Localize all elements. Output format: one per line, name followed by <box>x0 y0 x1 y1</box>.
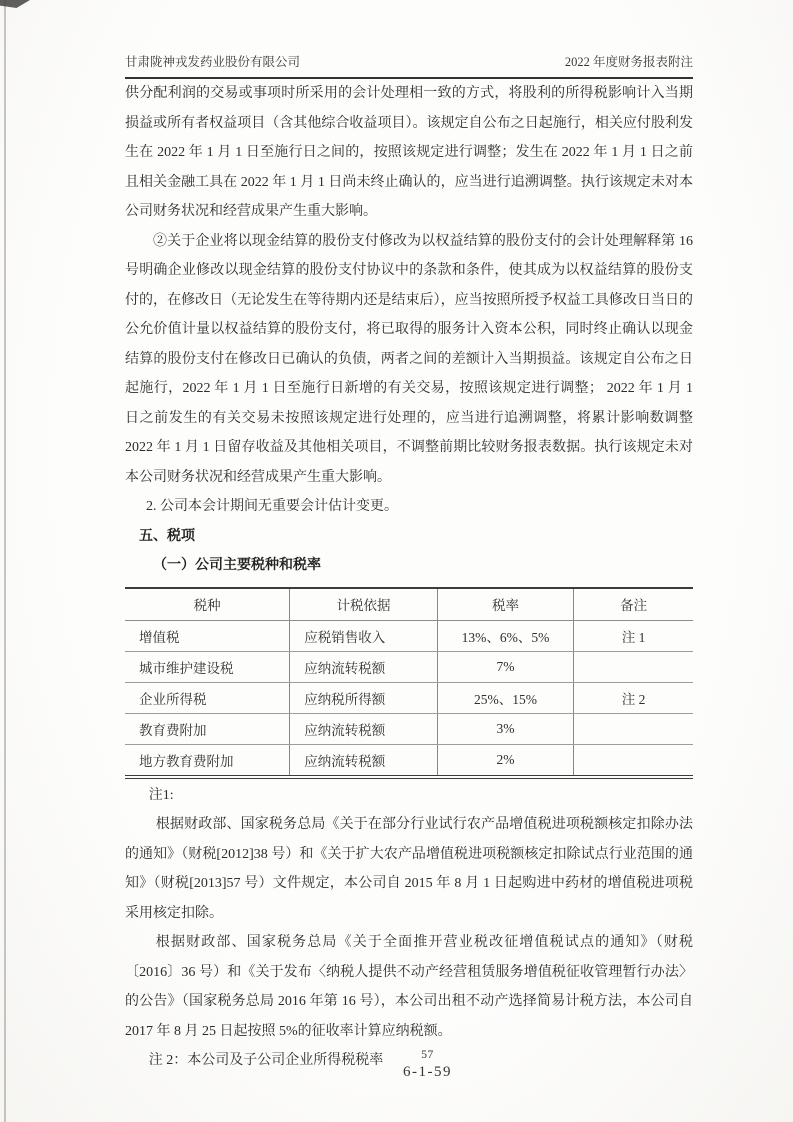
tax-rate-cell: 25%、15% <box>437 682 573 713</box>
tax-rate-cell: 13%、6%、5% <box>437 620 573 651</box>
page-number: 57 <box>62 1048 793 1062</box>
tax-basis-cell: 应纳流转税额 <box>290 651 438 682</box>
tax-basis-cell: 应税销售收入 <box>290 620 438 651</box>
table-row: 增值税 应税销售收入 13%、6%、5% 注 1 <box>125 620 693 651</box>
table-row: 城市维护建设税 应纳流转税额 7% <box>125 651 693 682</box>
note1-paragraph: 根据财政部、国家税务总局《关于在部分行业试行农产品增值税进项税额核定扣除办法的通… <box>125 810 693 928</box>
document-header: 甘肃陇神戎发药业股份有限公司 2022 年度财务报表附注 <box>125 52 693 79</box>
paragraph-dividend-accounting: 供分配利润的交易或事项时所采用的会计处理相一致的方式，将股利的所得税影响计入当期… <box>125 79 693 227</box>
col-header-tax-type: 税种 <box>125 588 290 621</box>
tax-basis-cell: 应纳流转税额 <box>290 713 438 744</box>
scan-edge-line <box>4 0 6 1122</box>
tax-basis-cell: 应纳流转税额 <box>290 744 438 777</box>
note2-paragraph: 根据财政部、国家税务总局《关于全面推开营业税改征增值税试点的通知》（财税〔201… <box>125 928 693 1046</box>
remark-cell <box>574 744 693 777</box>
tax-rate-table: 税种 计税依据 税率 备注 增值税 应税销售收入 13%、6%、5% 注 1 城… <box>125 587 693 779</box>
tax-rate-cell: 7% <box>437 651 573 682</box>
col-header-remark: 备注 <box>574 588 693 621</box>
remark-cell: 注 2 <box>574 682 693 713</box>
paragraph-share-payment-interpretation: ②关于企业将以现金结算的股份支付修改为以权益结算的股份支付的会计处理解释第 16… <box>125 227 693 493</box>
col-header-tax-rate: 税率 <box>437 588 573 621</box>
remark-cell: 注 1 <box>574 620 693 651</box>
body-text: 供分配利润的交易或事项时所采用的会计处理相一致的方式，将股利的所得税影响计入当期… <box>125 79 693 581</box>
tax-rate-cell: 2% <box>437 744 573 777</box>
table-header-row: 税种 计税依据 税率 备注 <box>125 588 693 621</box>
document-page-code: 6-1-59 <box>62 1063 793 1081</box>
scanned-document-page: 甘肃陇神戎发药业股份有限公司 2022 年度财务报表附注 供分配利润的交易或事项… <box>0 0 793 1122</box>
tax-type-cell: 地方教育费附加 <box>125 744 290 777</box>
page-footer: 57 6-1-59 <box>0 1048 793 1081</box>
tax-type-cell: 增值税 <box>125 620 290 651</box>
table-row: 企业所得税 应纳税所得额 25%、15% 注 2 <box>125 682 693 713</box>
note1-label: 注1: <box>125 781 693 811</box>
tax-type-cell: 教育费附加 <box>125 713 290 744</box>
report-title: 2022 年度财务报表附注 <box>565 52 693 70</box>
remark-cell <box>574 713 693 744</box>
subsection-heading-main-taxes: （一）公司主要税种和税率 <box>125 551 693 581</box>
tax-basis-cell: 应纳税所得额 <box>290 682 438 713</box>
section-heading-taxes: 五、税项 <box>125 522 693 552</box>
table-row: 教育费附加 应纳流转税额 3% <box>125 713 693 744</box>
company-name: 甘肃陇神戎发药业股份有限公司 <box>125 52 300 70</box>
page-content: 甘肃陇神戎发药业股份有限公司 2022 年度财务报表附注 供分配利润的交易或事项… <box>125 52 693 1076</box>
notes-section: 注1: 根据财政部、国家税务总局《关于在部分行业试行农产品增值税进项税额核定扣除… <box>125 781 693 1076</box>
paragraph-no-estimate-change: 2. 公司本会计期间无重要会计估计变更。 <box>125 492 693 522</box>
tax-rate-cell: 3% <box>437 713 573 744</box>
remark-cell <box>574 651 693 682</box>
tax-type-cell: 城市维护建设税 <box>125 651 290 682</box>
table-row: 地方教育费附加 应纳流转税额 2% <box>125 744 693 777</box>
tax-type-cell: 企业所得税 <box>125 682 290 713</box>
col-header-tax-basis: 计税依据 <box>290 588 438 621</box>
